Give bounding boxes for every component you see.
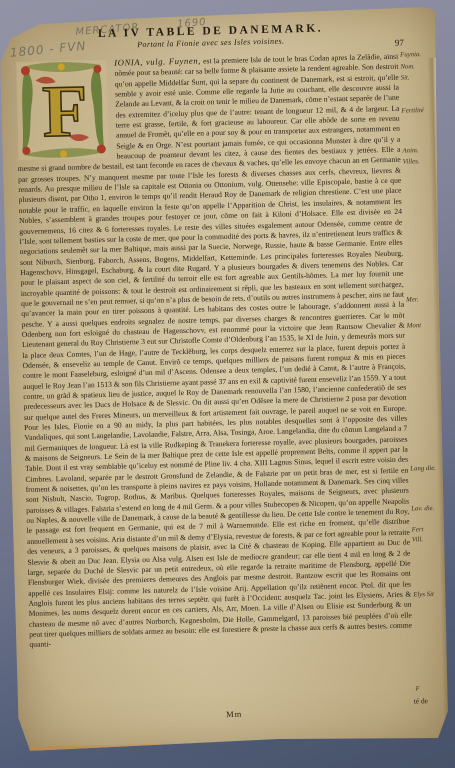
margin-note-sit: Sit. — [401, 74, 429, 82]
illuminated-initial-art: F — [15, 59, 109, 161]
svg-text:F: F — [41, 70, 88, 153]
margin-note-mont: Mont — [407, 322, 435, 330]
opening-words: IONIA, vulg. Fuynen, — [114, 56, 201, 68]
margin-note-fert: Fert — [412, 526, 440, 534]
margin-note-anim: Anim. — [402, 147, 430, 155]
margin-note-lavdie: Lav. die. — [411, 505, 439, 513]
catchword: té de — [414, 696, 428, 705]
body-text: F IONIA, vulg. Fuynen, est la premiere I… — [15, 51, 414, 716]
margin-note-mer: Mer. — [406, 296, 434, 304]
margin-note-elys: Elys Sit — [413, 591, 441, 599]
book-page: MERCATOR1690 1800 - FVN LA IV TABLE DE D… — [0, 7, 453, 751]
page-number: 97 — [395, 38, 404, 48]
illuminated-initial: F — [15, 59, 109, 161]
margin-note-fertilite: Fertilité — [401, 107, 429, 115]
margin-note-langdie: Lang die. — [410, 465, 438, 473]
margin-note-fuynia: Fuynia. — [400, 51, 428, 59]
margin-note-vill: Vill. — [412, 536, 440, 544]
margin-note-f: F — [416, 685, 444, 693]
margin-note-villes: Villes. — [403, 158, 431, 166]
margin-note-nom: Nom. — [400, 63, 428, 71]
